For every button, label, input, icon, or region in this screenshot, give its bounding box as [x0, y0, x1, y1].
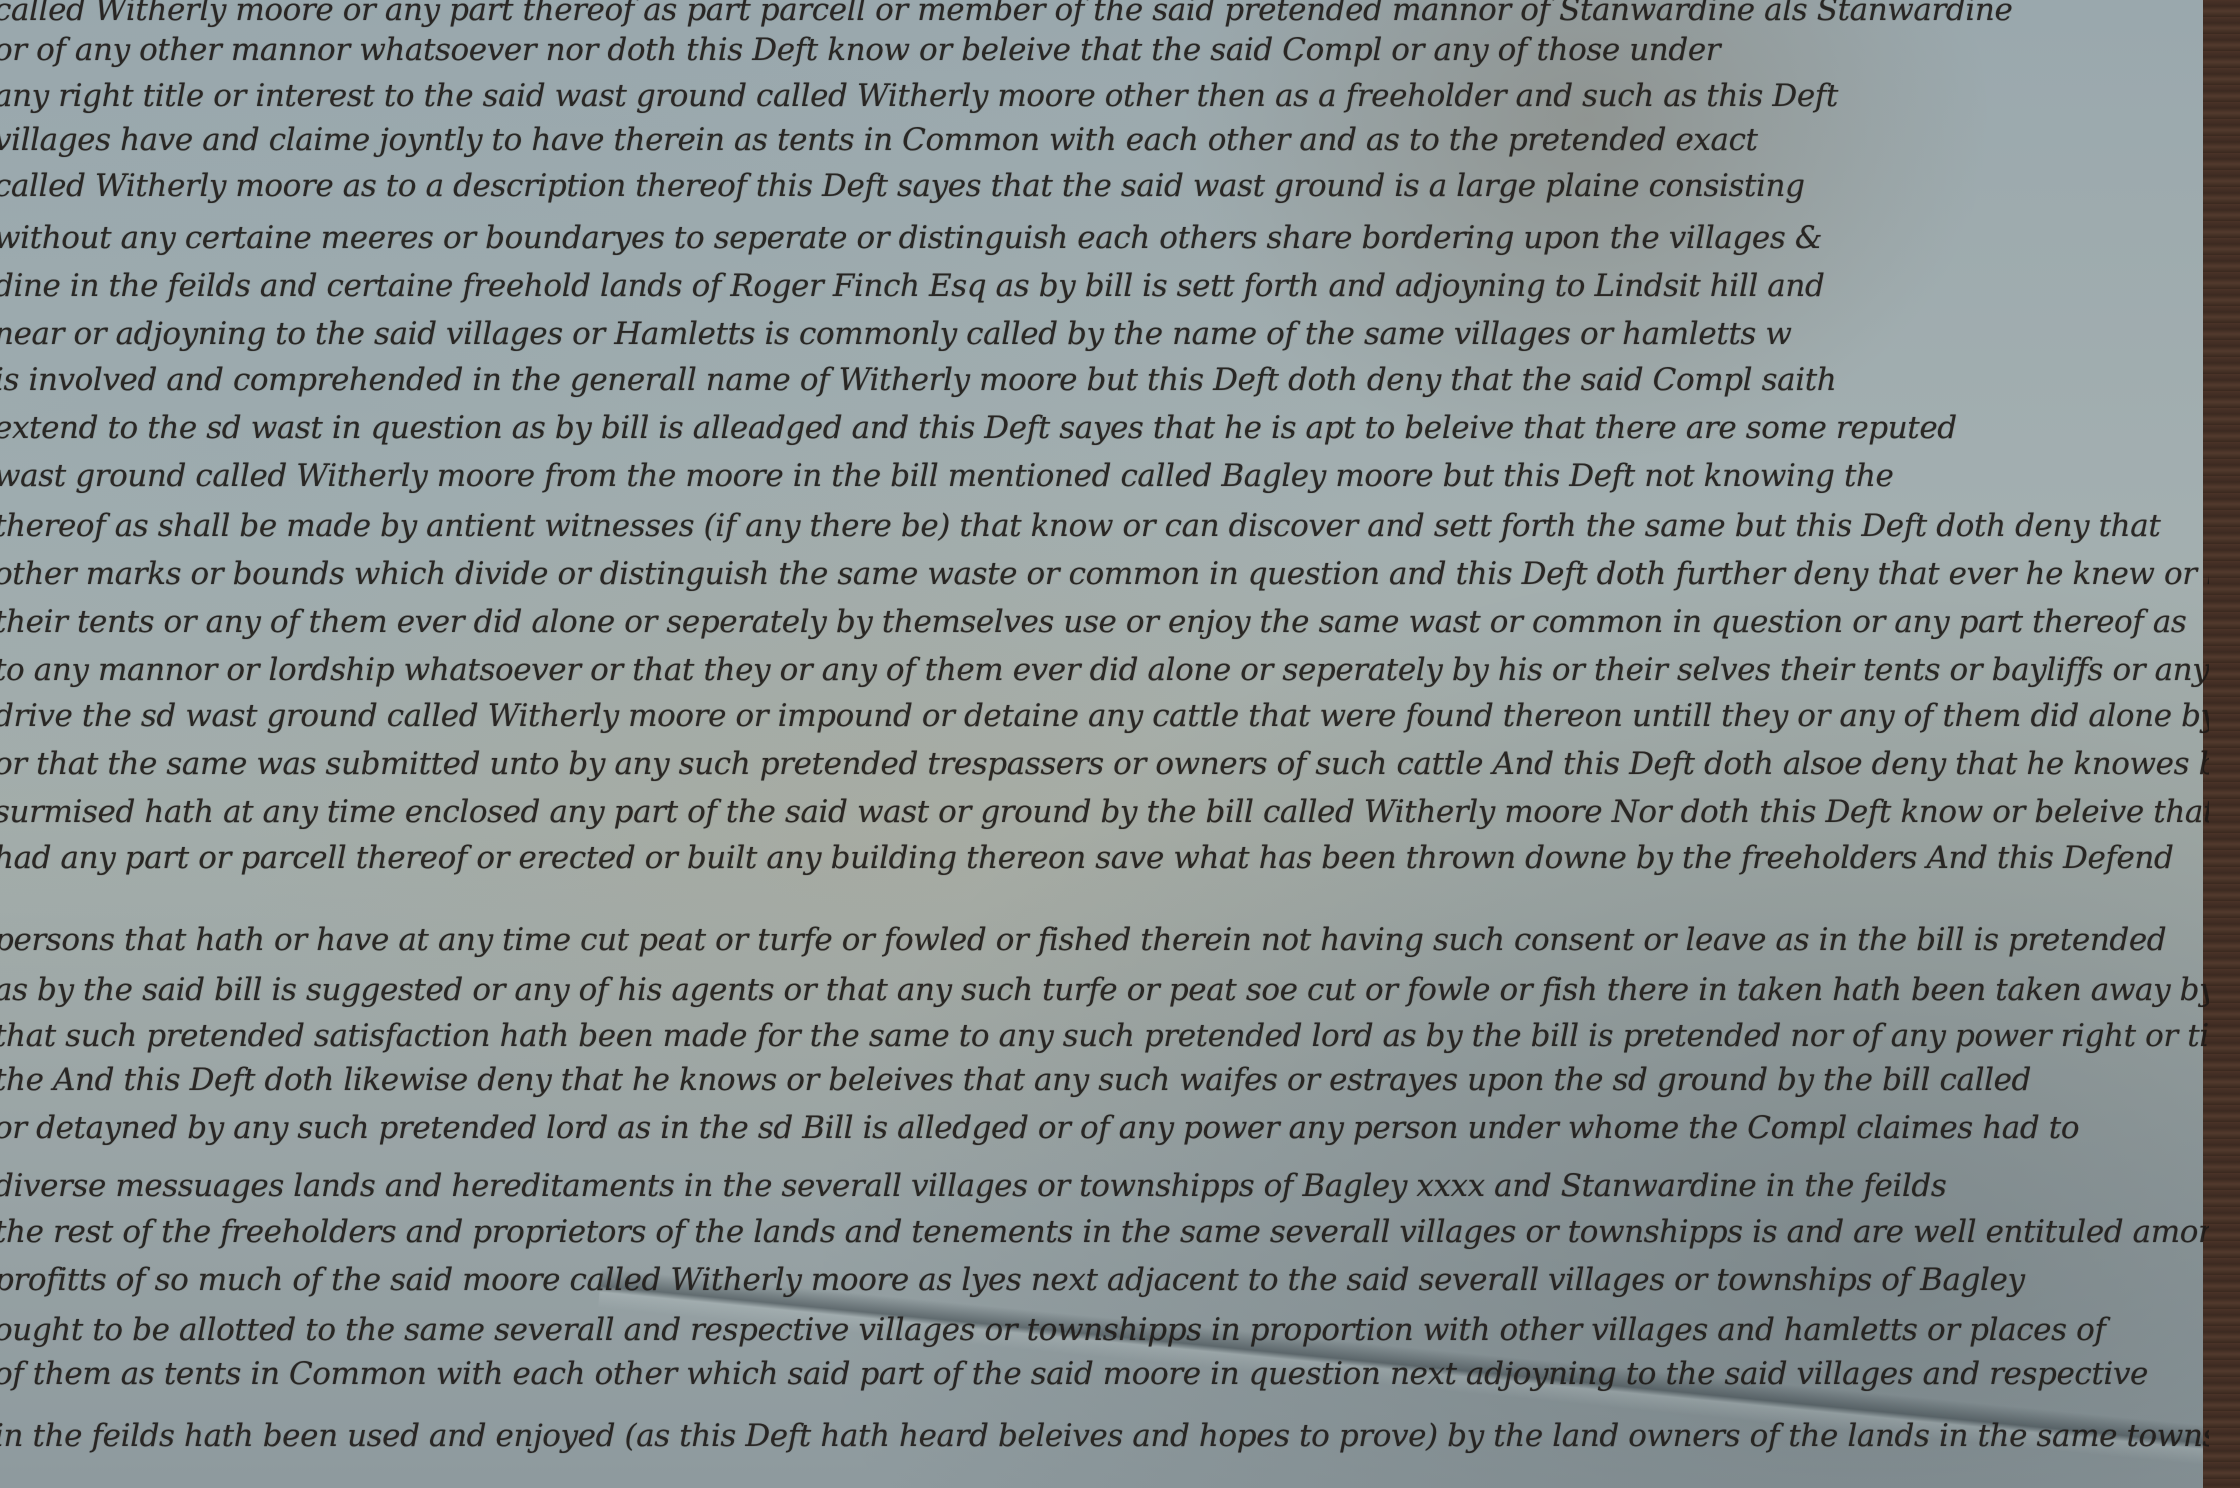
manuscript-line: other marks or bounds which divide or di… [0, 556, 2209, 592]
manuscript-line: to any mannor or lordship whatsoever or … [0, 652, 2209, 688]
manuscript-line: or detayned by any such pretended lord a… [0, 1110, 2209, 1146]
manuscript-line: had any part or parcell thereof or erect… [0, 840, 2209, 876]
manuscript-line: drive the sd wast ground called Witherly… [0, 698, 2209, 734]
manuscript-line: of them as tents in Common with each oth… [0, 1356, 2209, 1392]
handwritten-text-block: called Witherly moore or any part thereo… [0, 0, 2203, 1488]
manuscript-line: called Witherly moore or any part thereo… [0, 0, 2209, 28]
manuscript-line: their tents or any of them ever did alon… [0, 604, 2209, 640]
manuscript-line: thereof as shall be made by antient witn… [0, 508, 2209, 544]
manuscript-line: the rest of the freeholders and propriet… [0, 1214, 2209, 1250]
manuscript-line: is involved and comprehended in the gene… [0, 362, 2209, 398]
manuscript-line: as by the said bill is suggested or any … [0, 972, 2209, 1008]
manuscript-line: the And this Deft doth likewise deny tha… [0, 1062, 2209, 1098]
manuscript-line: called Witherly moore as to a descriptio… [0, 168, 2209, 204]
manuscript-line: persons that hath or have at any time cu… [0, 922, 2209, 958]
manuscript-line: or that the same was submitted unto by a… [0, 746, 2209, 782]
manuscript-line: near or adjoyning to the said villages o… [0, 316, 2209, 352]
manuscript-line: any right title or interest to the said … [0, 78, 2209, 114]
manuscript-line: dine in the feilds and certaine freehold… [0, 268, 2209, 304]
manuscript-line: extend to the sd wast in question as by … [0, 410, 2209, 446]
manuscript-photo: called Witherly moore or any part thereo… [0, 0, 2240, 1488]
manuscript-line: surmised hath at any time enclosed any p… [0, 794, 2209, 830]
manuscript-line: that such pretended satisfaction hath be… [0, 1018, 2209, 1054]
manuscript-line: wast ground called Witherly moore from t… [0, 458, 2209, 494]
manuscript-line: without any certaine meeres or boundarye… [0, 220, 2209, 256]
manuscript-line: ought to be allotted to the same several… [0, 1312, 2209, 1348]
manuscript-line: diverse messuages lands and hereditament… [0, 1168, 2209, 1204]
manuscript-line: villages have and claime joyntly to have… [0, 122, 2209, 158]
manuscript-line: in the feilds hath been used and enjoyed… [0, 1418, 2209, 1454]
manuscript-line: or of any other mannor whatsoever nor do… [0, 32, 2209, 68]
manuscript-line: profitts of so much of the said moore ca… [0, 1262, 2209, 1298]
